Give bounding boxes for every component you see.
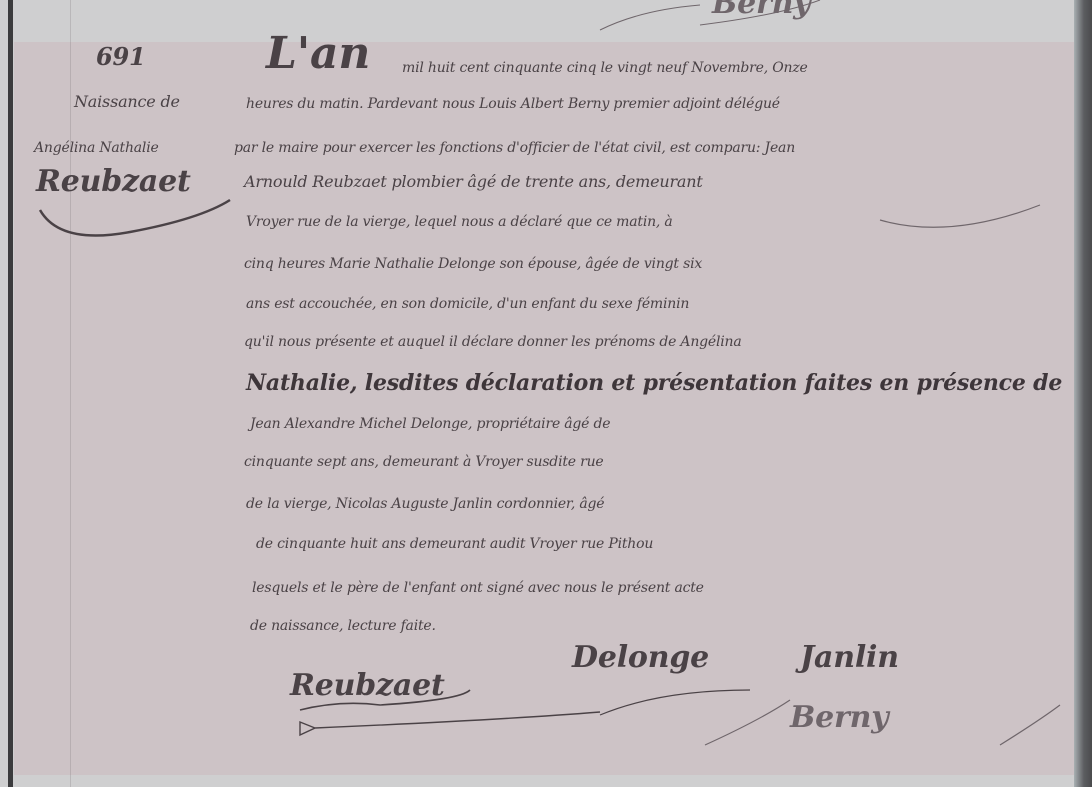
margin-child-name: Angélina Nathalie bbox=[34, 140, 159, 156]
body-line-15: de naissance, lecture faite. bbox=[250, 618, 436, 634]
margin-surname: Reubzaet bbox=[36, 164, 191, 199]
page-right-edge-shadow bbox=[1074, 0, 1092, 787]
page-left-border bbox=[8, 0, 13, 787]
body-line-2: heures du matin. Pardevant nous Louis Al… bbox=[246, 96, 780, 112]
body-line-11: cinquante sept ans, demeurant à Vroyer s… bbox=[244, 454, 604, 470]
body-line-4: Arnould Reubzaet plombier âgé de trente … bbox=[244, 172, 703, 191]
act-number: 691 bbox=[96, 42, 146, 71]
signature-berny: Berny bbox=[790, 700, 889, 735]
body-line-6: cinq heures Marie Nathalie Delonge son é… bbox=[244, 256, 702, 272]
body-line-12: de la vierge, Nicolas Auguste Janlin cor… bbox=[246, 496, 604, 512]
body-line-9: Nathalie, lesdites déclaration et présen… bbox=[246, 370, 1062, 396]
body-line-13: de cinquante huit ans demeurant audit Vr… bbox=[256, 536, 653, 552]
signature-janlin: Janlin bbox=[800, 640, 899, 675]
body-line-8: qu'il nous présente et auquel il déclare… bbox=[244, 334, 742, 350]
signature-reubzaet: Reubzaet bbox=[290, 668, 445, 703]
body-line-10: Jean Alexandre Michel Delonge, propriéta… bbox=[250, 416, 610, 432]
margin-title: Naissance de bbox=[74, 92, 180, 111]
body-line-1: mil huit cent cinquante cinq le vingt ne… bbox=[402, 60, 808, 76]
body-line-3: par le maire pour exercer les fonctions … bbox=[234, 140, 795, 156]
top-partial-signature: Berny bbox=[712, 0, 811, 21]
opening-word: L'an bbox=[266, 28, 370, 79]
body-line-7: ans est accouchée, en son domicile, d'un… bbox=[246, 296, 689, 312]
body-line-5: Vroyer rue de la vierge, lequel nous a d… bbox=[246, 214, 673, 230]
margin-rule bbox=[70, 0, 71, 787]
signature-delonge: Delonge bbox=[572, 640, 709, 675]
body-line-14: lesquels et le père de l'enfant ont sign… bbox=[252, 580, 704, 596]
